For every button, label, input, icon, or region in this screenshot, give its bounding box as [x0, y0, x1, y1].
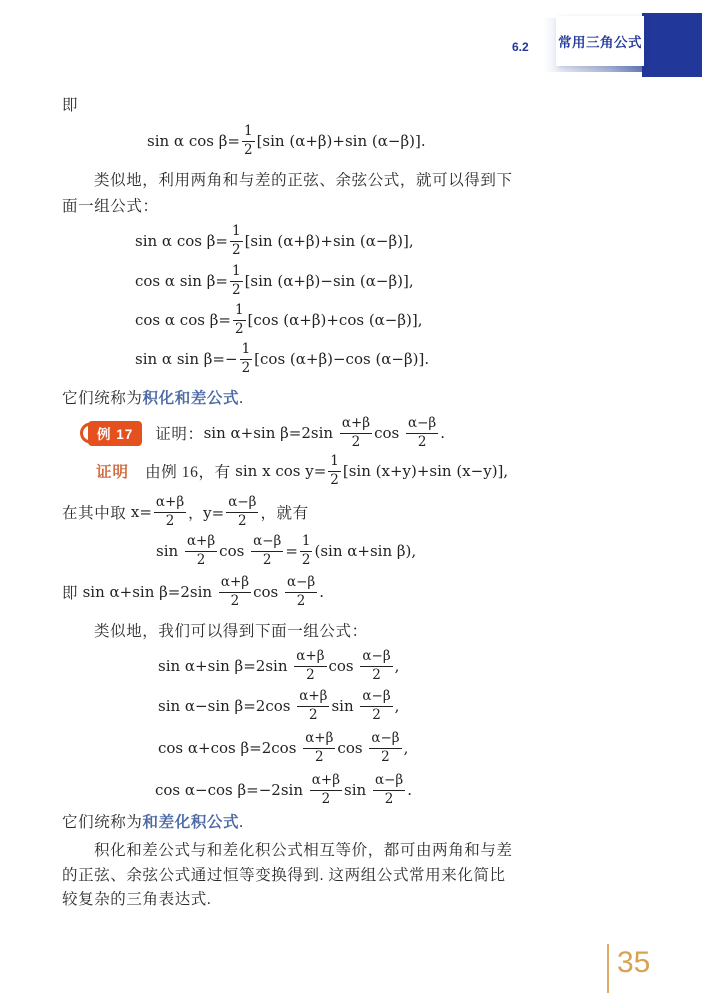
fraction: 12	[230, 264, 243, 298]
math-text: sin α−sin β=2cos	[158, 697, 295, 715]
math-text: cos α cos β=	[135, 311, 231, 329]
formula-sum-to-product-4: cos α−cos β=−2sin α+β2sin α−β2.	[155, 771, 412, 809]
math-text: ,	[404, 739, 409, 757]
math-text: .	[440, 424, 445, 442]
textbook-page: 6.2 常用三角公式 即 sin α cos β=12[sin (α+β)+si…	[0, 0, 702, 993]
fraction: α−β2	[406, 416, 438, 450]
math-text: cos	[374, 424, 404, 442]
math-text: sin α cos β=	[147, 132, 240, 150]
fraction: α+β2	[154, 495, 186, 529]
chinese-text: ，就有	[260, 501, 308, 523]
example-statement: 证明：sin α+sin β=2sin α+β2cos α−β2.	[155, 416, 445, 450]
math-text: sin x cos y=	[235, 462, 326, 480]
derived-formula-row: sin α+β2cos α−β2=12(sin α+sin β),	[156, 532, 416, 570]
fraction: 12	[300, 534, 313, 568]
summary-1-prefix: 它们统称为	[62, 390, 143, 407]
fraction: α−β2	[360, 689, 392, 723]
chinese-text: 在其中取	[62, 501, 131, 523]
summary-1-suffix: .	[239, 390, 243, 407]
fraction: α−β2	[373, 773, 405, 807]
fraction: α−β2	[226, 495, 258, 529]
fraction: 12	[230, 224, 243, 258]
paragraph-1-line-1: 类似地，利用两角和与差的正弦、余弦公式，就可以得到下	[94, 171, 513, 191]
math-text: [sin (α+β)+sin (α−β)].	[257, 132, 426, 150]
example-badge-label: 例 17	[88, 421, 142, 446]
section-title: 常用三角公式	[558, 31, 642, 51]
fraction: 12	[233, 303, 246, 337]
chinese-text: 证明：	[155, 422, 203, 444]
fraction: α+β2	[294, 649, 326, 683]
formula-product-to-sum-4: sin α sin β=−12[cos (α+β)−cos (α−β)].	[135, 340, 429, 378]
term-sum-to-product: 和差化积公式	[143, 814, 240, 831]
formula-intro: sin α cos β=12[sin (α+β)+sin (α−β)].	[147, 122, 426, 160]
math-text: cos	[337, 739, 367, 757]
term-product-to-sum: 积化和差公式	[143, 390, 240, 407]
math-text: [cos (α+β)−cos (α−β)].	[254, 350, 429, 368]
fraction: α+β2	[303, 731, 335, 765]
fraction: 12	[328, 454, 341, 488]
summary-sum-to-product: 它们统称为和差化积公式.	[62, 813, 244, 833]
header-blue-block	[642, 13, 702, 77]
math-text: .	[407, 781, 412, 799]
formula-sum-to-product-1: sin α+sin β=2sin α+β2cos α−β2,	[158, 647, 399, 685]
section-title-box: 常用三角公式	[556, 16, 644, 66]
summary-2-prefix: 它们统称为	[62, 814, 143, 831]
fraction: α+β2	[310, 773, 342, 807]
math-text: sin α+sin β=2sin	[204, 424, 338, 442]
math-text: cos α+cos β=2cos	[158, 739, 301, 757]
math-text: ,	[395, 657, 400, 675]
proof-row: 证明 由例 16，有 sin x cos y=12[sin (x+y)+sin …	[96, 452, 508, 490]
example-17-row: 例 17 证明：sin α+sin β=2sin α+β2cos α−β2.	[88, 414, 445, 452]
fraction: α+β2	[297, 689, 329, 723]
math-text: sin	[344, 781, 371, 799]
closing-paragraph-line-1: 积化和差公式与和差化积公式相互等价，都可由两角和与差	[94, 841, 513, 861]
math-text: (sin α+sin β),	[314, 542, 416, 560]
formula-sum-to-product-3: cos α+cos β=2cos α+β2cos α−β2,	[158, 729, 408, 767]
substitute-row: 在其中取 x=α+β2，y=α−β2，就有	[62, 493, 309, 531]
math-text: =	[285, 542, 298, 560]
fraction: 12	[242, 124, 255, 158]
math-text: sin α cos β=	[135, 232, 228, 250]
example-badge: 例 17	[88, 421, 142, 446]
paragraph-2: 类似地，我们可以得到下面一组公式：	[94, 622, 368, 642]
math-text: [sin (x+y)+sin (x−y)],	[343, 462, 508, 480]
formula-product-to-sum-3: cos α cos β=12[cos (α+β)+cos (α−β)],	[135, 301, 423, 339]
paragraph-1-line-2: 面一组公式：	[62, 197, 159, 217]
formula-product-to-sum-2: cos α sin β=12[sin (α+β)−sin (α−β)],	[135, 262, 414, 300]
section-number: 6.2	[512, 40, 529, 54]
fraction: α−β2	[285, 575, 317, 609]
line-ji: 即	[62, 96, 78, 116]
page-number: 35	[617, 946, 650, 980]
fraction: α+β2	[219, 575, 251, 609]
math-text: cos α−cos β=−2sin	[155, 781, 308, 799]
closing-paragraph-line-2: 的正弦、余弦公式通过恒等变换得到. 这两组公式常用来化简比	[62, 866, 506, 886]
closing-paragraph-line-3: 较复杂的三角表达式.	[62, 890, 211, 910]
summary-product-to-sum: 它们统称为积化和差公式.	[62, 389, 244, 409]
summary-2-suffix: .	[239, 814, 243, 831]
fraction: α+β2	[185, 534, 217, 568]
fraction: 12	[240, 342, 253, 376]
math-text: sin α sin β=−	[135, 350, 238, 368]
math-text: [sin (α+β)−sin (α−β)],	[245, 272, 414, 290]
math-text: cos	[219, 542, 249, 560]
math-text: ，y=	[188, 502, 224, 523]
formula-product-to-sum-1: sin α cos β=12[sin (α+β)+sin (α−β)],	[135, 222, 414, 260]
math-text: ,	[395, 697, 400, 715]
footer-divider	[607, 944, 609, 993]
math-text: x=	[131, 503, 152, 521]
math-text: sin	[331, 697, 358, 715]
math-text: sin α+sin β=2sin	[158, 657, 292, 675]
fraction: α+β2	[340, 416, 372, 450]
chinese-text: 即	[62, 581, 83, 603]
formula-sum-to-product-2: sin α−sin β=2cos α+β2sin α−β2,	[158, 687, 399, 725]
math-text: .	[319, 583, 324, 601]
math-text: cos	[253, 583, 283, 601]
math-text: cos	[329, 657, 359, 675]
ji-conclusion-row: 即 sin α+sin β=2sin α+β2cos α−β2.	[62, 573, 324, 611]
fraction: α−β2	[360, 649, 392, 683]
math-text: cos α sin β=	[135, 272, 228, 290]
math-text: [sin (α+β)+sin (α−β)],	[245, 232, 414, 250]
fraction: α−β2	[251, 534, 283, 568]
math-text: [cos (α+β)+cos (α−β)],	[248, 311, 423, 329]
chinese-text: 由例 16，有	[129, 460, 235, 482]
math-text: sin α+sin β=2sin	[83, 583, 217, 601]
math-text: sin	[156, 542, 183, 560]
fraction: α−β2	[369, 731, 401, 765]
proof-label: 证明	[96, 460, 129, 482]
